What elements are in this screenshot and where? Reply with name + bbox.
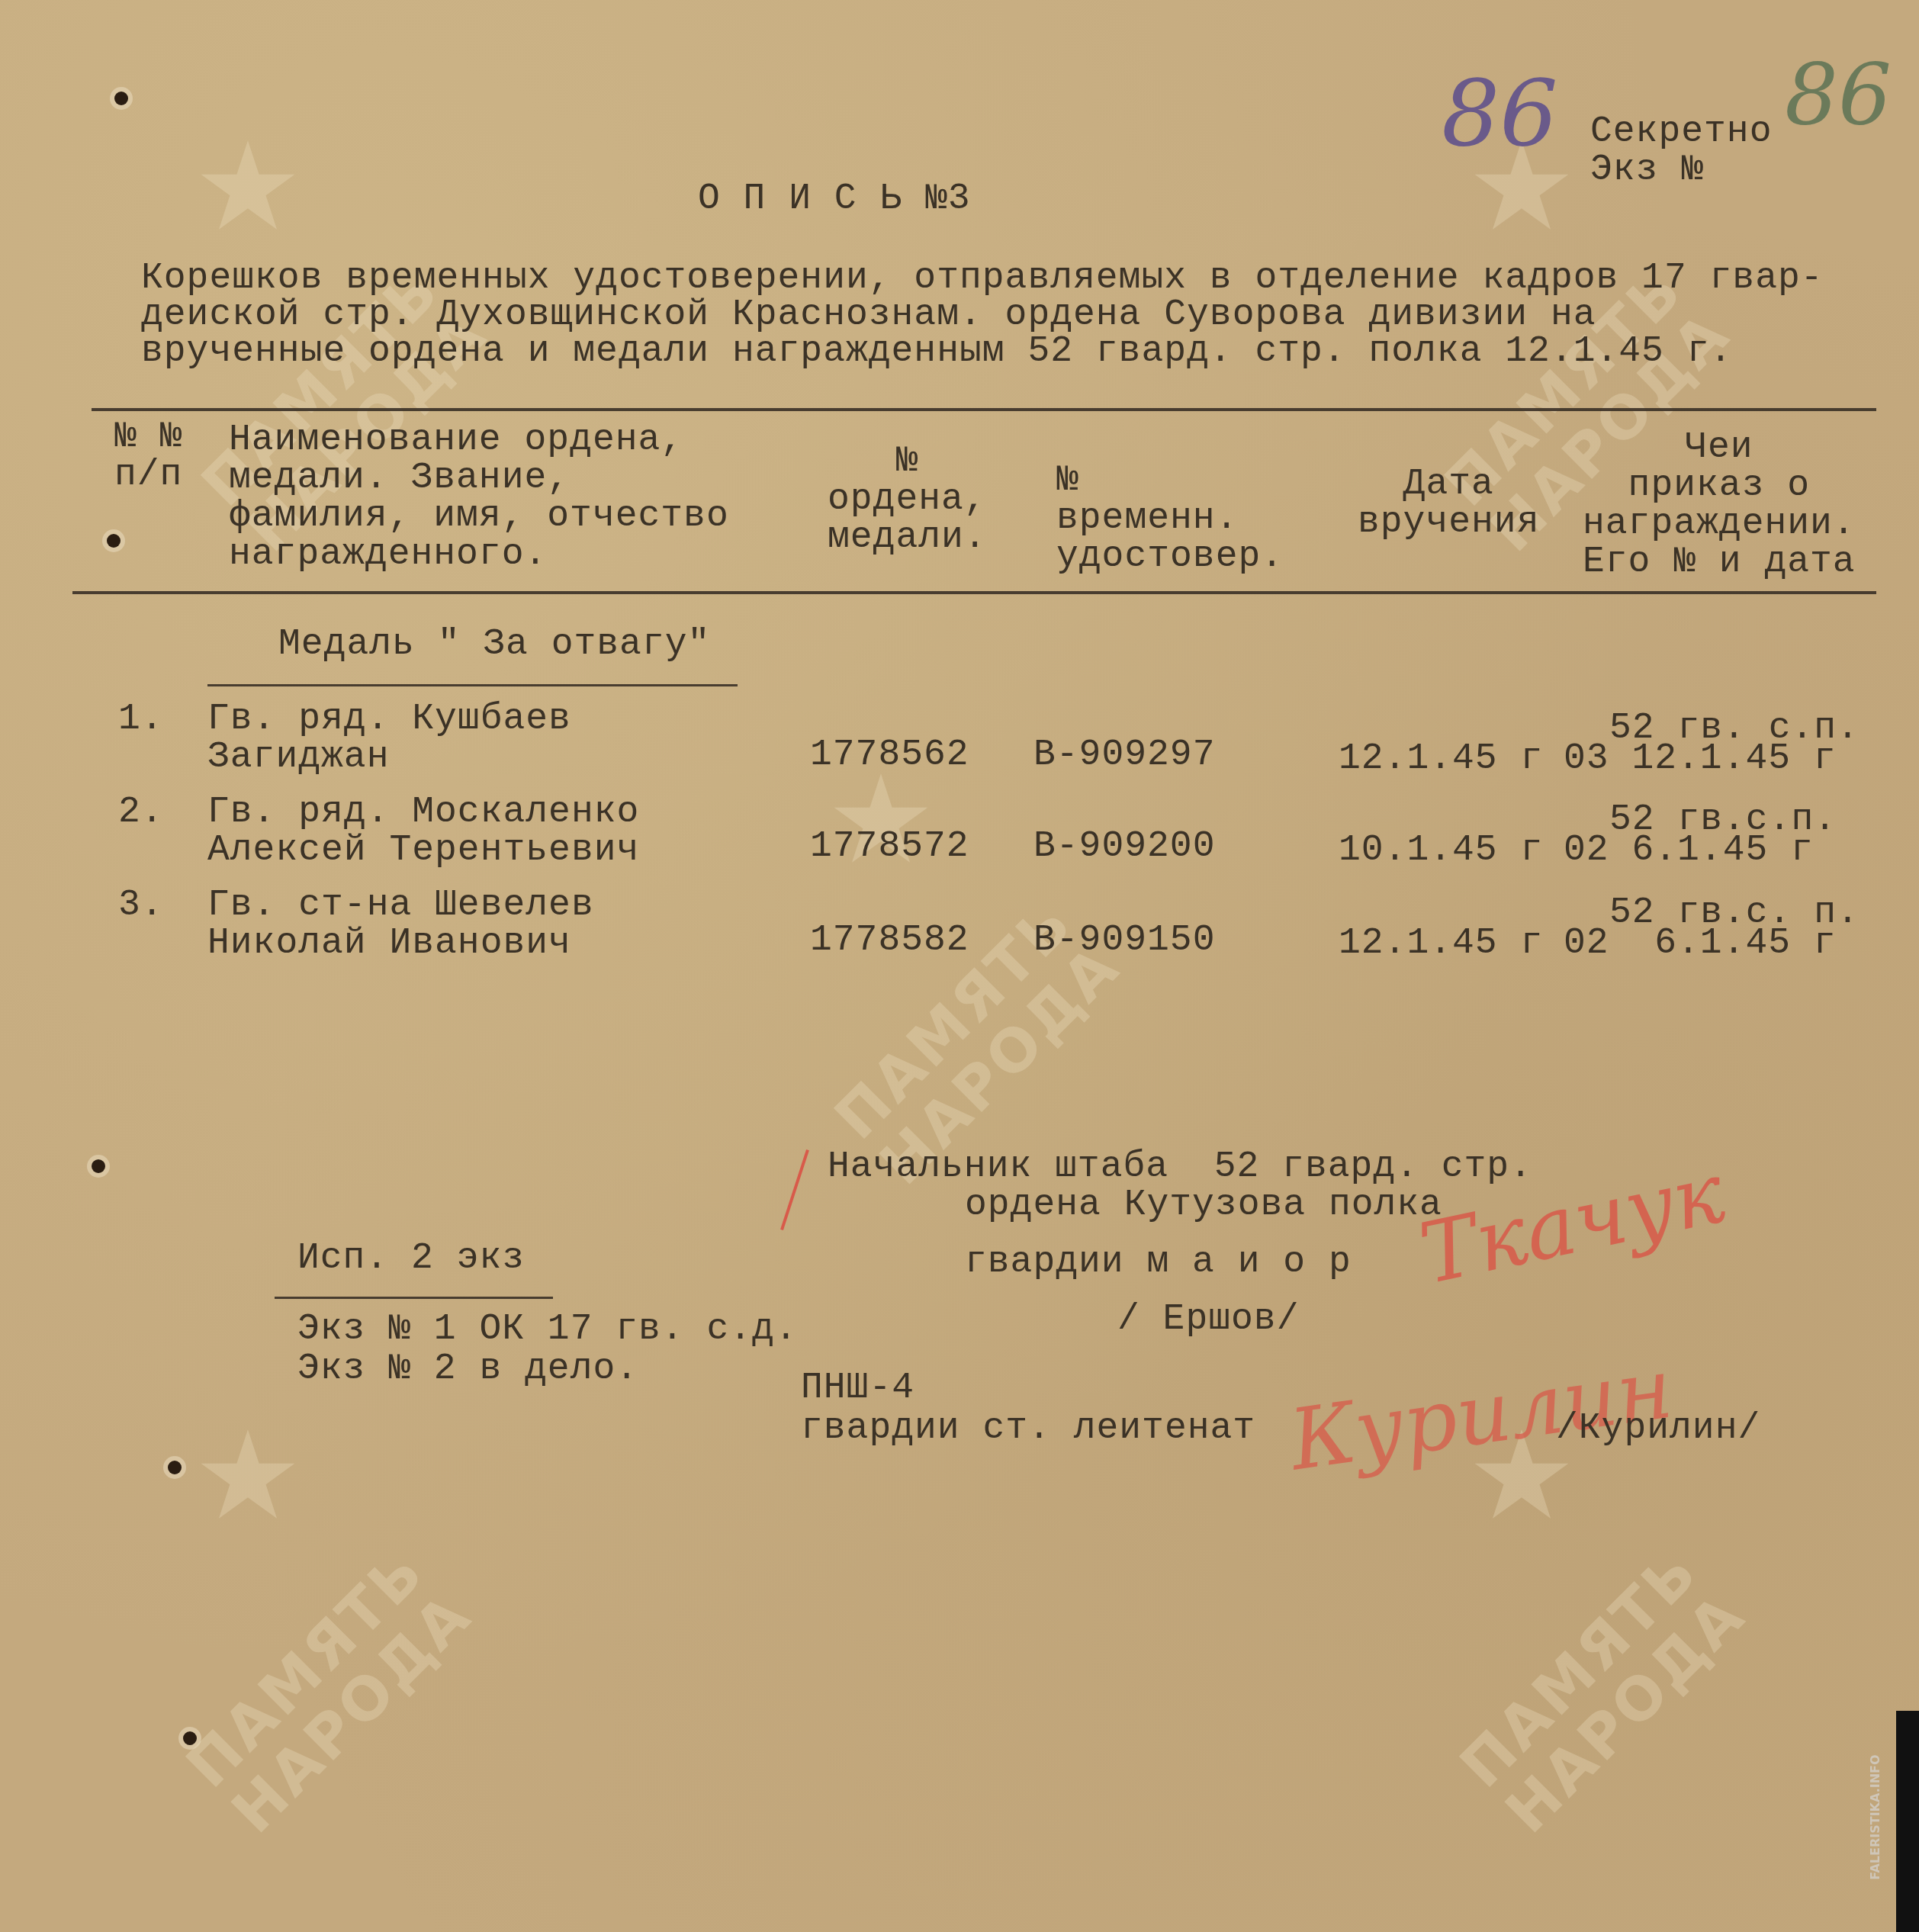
row-order-ref: 02 6.1.45 г: [1564, 924, 1837, 963]
intro-line-1: Корешков временных удостоверении, отправ…: [141, 259, 1824, 297]
header-award-no: № ордена, медали.: [828, 442, 987, 557]
intro-line-3: врученные ордена и медали награжденным 5…: [141, 333, 1732, 371]
header-num: № № п/п: [114, 418, 182, 494]
pnsh-name: /Курилин/: [1556, 1410, 1760, 1448]
section-underline: [207, 684, 738, 686]
row-date: 10.1.45 г: [1339, 831, 1543, 870]
chief-title-line2: ордена Кутузова полка: [965, 1186, 1442, 1224]
header-date: Дата вручения: [1358, 465, 1539, 542]
executed-copies: Исп. 2 экз: [297, 1239, 525, 1278]
watermark-star-icon: ★: [191, 130, 305, 244]
watermark-star-icon: ★: [191, 1419, 305, 1533]
footer-rule: [275, 1297, 553, 1299]
row-num: 3.: [118, 886, 164, 924]
intro-line-2: деиской стр. Духовщинской Краснознам. ор…: [141, 296, 1596, 334]
table-header-rule: [72, 591, 1876, 594]
row-award-no: 1778582: [810, 921, 969, 960]
document-title: О П И С Ь №3: [698, 180, 971, 218]
watermark-text: ПАМЯТЬ НАРОДА: [175, 1537, 484, 1845]
side-watermark: FALERISTIKA.INFO: [1896, 1711, 1919, 1932]
copy-2-destination: Экз № 2 в дело.: [297, 1350, 638, 1388]
punch-hole: [183, 1731, 197, 1745]
punch-hole: [114, 92, 128, 105]
row-cert-no: В-909200: [1033, 828, 1215, 866]
side-watermark-brand: FALERISTIKA.INFO: [1868, 1754, 1882, 1879]
row-award-no: 1778572: [810, 828, 969, 866]
red-pencil-mark: [780, 1149, 809, 1230]
row-order-ref: 03 12.1.45 г: [1564, 740, 1837, 778]
row-cert-no: В-909150: [1033, 921, 1215, 960]
secrecy-label: Секретно: [1590, 113, 1772, 151]
row-date: 12.1.45 г: [1339, 740, 1543, 778]
row-num: 1.: [118, 700, 164, 738]
header-order: Чеи приказ о награждении. Его № и дата: [1583, 429, 1856, 581]
archive-number-left: 86: [1442, 61, 1558, 167]
row-name: Гв. ряд. Кушбаев Загиджан: [207, 700, 571, 776]
punch-hole: [168, 1461, 182, 1474]
archive-number-right: 86: [1785, 46, 1892, 143]
row-name: Гв. ряд. Москаленко Алексей Терентьевич: [207, 793, 639, 870]
pnsh-rank: гвардии ст. леитенат: [801, 1410, 1255, 1448]
row-num: 2.: [118, 793, 164, 831]
pnsh-label: ПНШ-4: [801, 1369, 914, 1407]
row-date: 12.1.45 г: [1339, 924, 1543, 963]
punch-hole: [92, 1159, 105, 1173]
chief-rank: гвардии м а и о р: [965, 1243, 1352, 1281]
copy-1-destination: Экз № 1 ОК 17 гв. с.д.: [297, 1310, 798, 1349]
punch-hole: [107, 534, 121, 548]
watermark-text: ПАМЯТЬ НАРОДА: [1449, 1537, 1757, 1845]
header-cert-no: № временн. удостовер.: [1056, 461, 1284, 576]
row-name: Гв. ст-на Шевелев Николай Иванович: [207, 886, 594, 963]
row-award-no: 1778562: [810, 736, 969, 774]
copy-number-label: Экз №: [1590, 151, 1704, 189]
chief-title-line1: Начальник штаба 52 гвард. стр.: [828, 1148, 1532, 1186]
chief-name: / Ершов/: [1117, 1300, 1299, 1339]
header-name: Наименование ордена, медали. Звание, фам…: [229, 421, 729, 574]
row-cert-no: В-909297: [1033, 736, 1215, 774]
section-title: Медаль " За отвагу": [278, 625, 710, 664]
table-top-rule: [92, 408, 1876, 411]
row-order-ref: 02 6.1.45 г: [1564, 831, 1814, 870]
